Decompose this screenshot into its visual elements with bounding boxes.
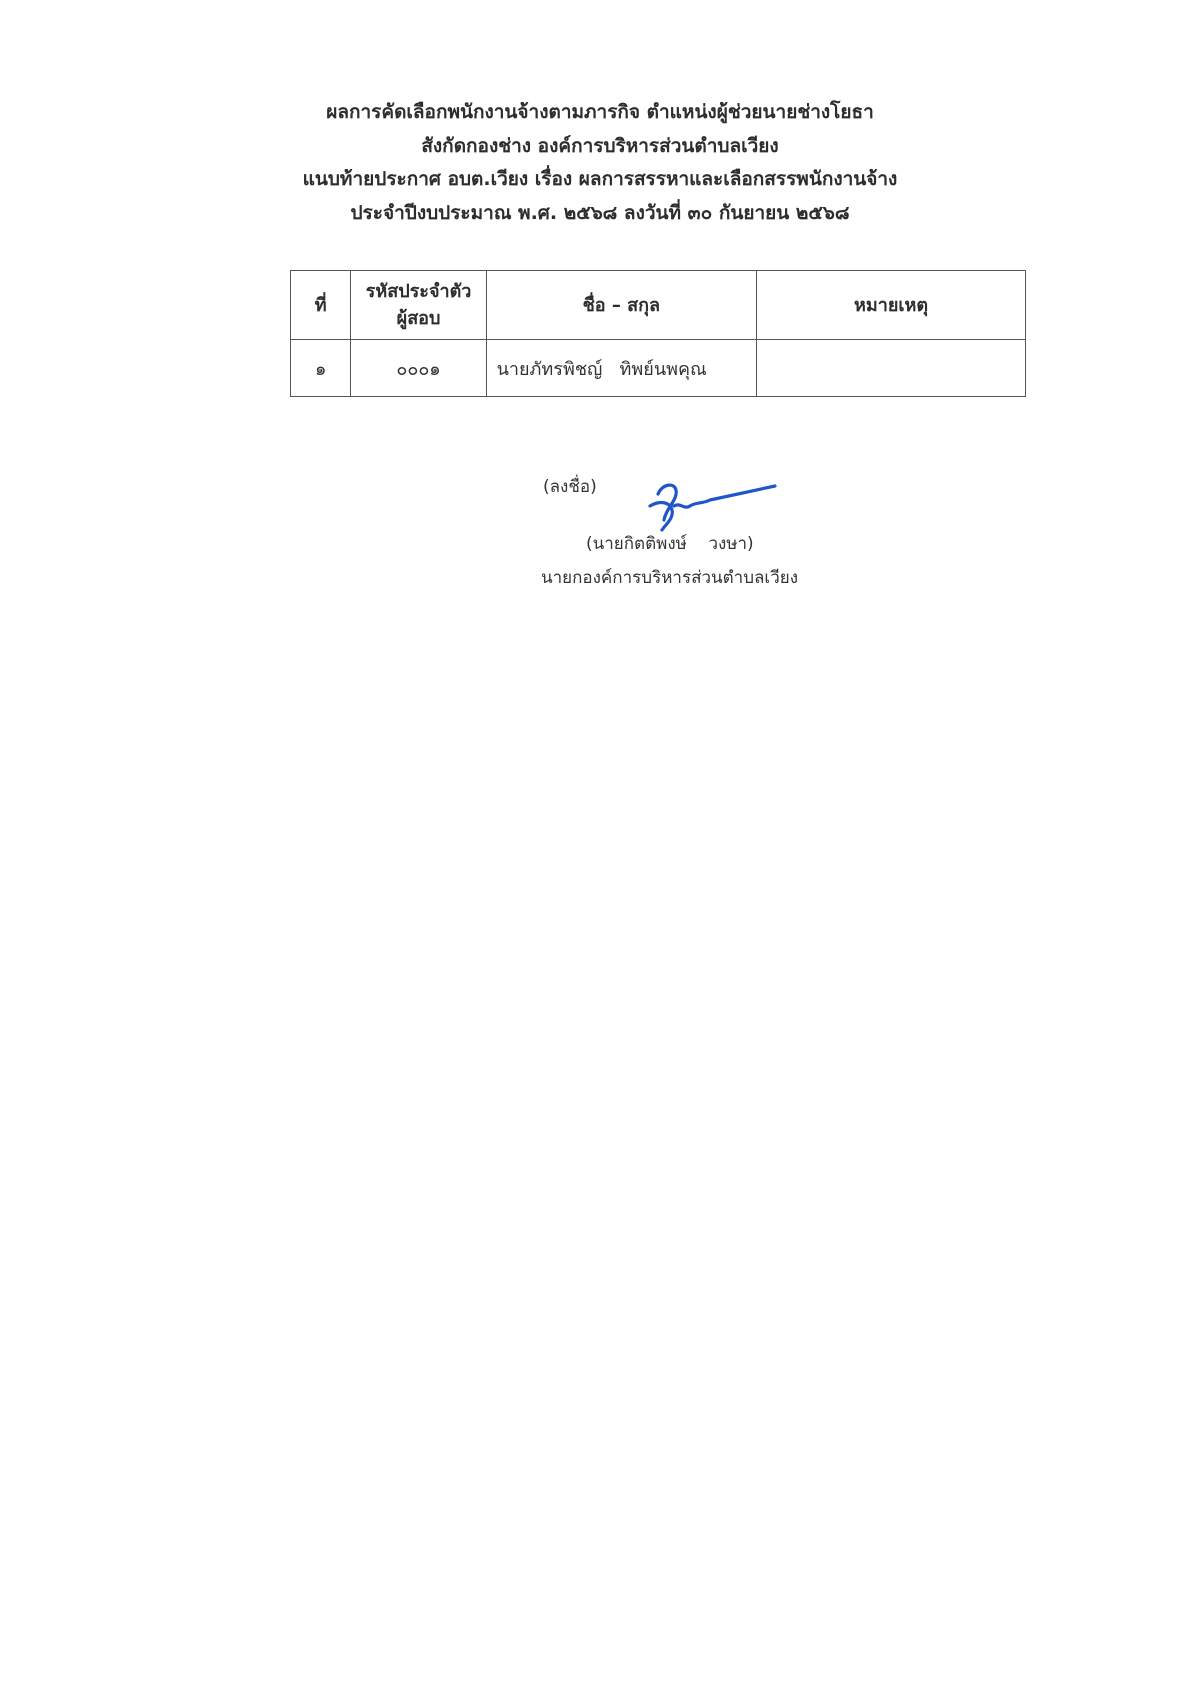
header-no: ที่	[291, 271, 351, 340]
document-title: ผลการคัดเลือกพนักงานจ้างตามภารกิจ ตำแหน่…	[0, 96, 1200, 230]
signer-position: นายกองค์การบริหารส่วนตำบลเวียง	[541, 564, 798, 591]
header-full-name: ชื่อ – สกุล	[486, 271, 756, 340]
signature-label: (ลงชื่อ)	[543, 473, 597, 500]
header-exam-code-line2: ผู้สอบ	[397, 308, 441, 329]
title-line-1: ผลการคัดเลือกพนักงานจ้างตามภารกิจ ตำแหน่…	[0, 96, 1200, 130]
title-line-4: ประจำปีงบประมาณ พ.ศ. ๒๕๖๘ ลงวันที่ ๓๐ กั…	[0, 197, 1200, 231]
header-remark: หมายเหตุ	[757, 271, 1026, 340]
title-line-2: สังกัดกองช่าง องค์การบริหารส่วนตำบลเวียง	[0, 130, 1200, 164]
table-row: ๑ ๐๐๐๑ นายภัทรพิชญ์ ทิพย์นพคุณ	[291, 340, 1026, 397]
header-exam-code-line1: รหัสประจำตัว	[366, 281, 472, 302]
title-line-3: แนบท้ายประกาศ อบต.เวียง เรื่อง ผลการสรรห…	[0, 163, 1200, 197]
cell-exam-code: ๐๐๐๑	[351, 340, 486, 397]
cell-remark	[757, 340, 1026, 397]
table-header-row: ที่ รหัสประจำตัว ผู้สอบ ชื่อ – สกุล หมาย…	[291, 271, 1026, 340]
results-table: ที่ รหัสประจำตัว ผู้สอบ ชื่อ – สกุล หมาย…	[290, 270, 1026, 397]
header-exam-code: รหัสประจำตัว ผู้สอบ	[351, 271, 486, 340]
signer-name: (นายกิตติพงษ์ วงษา)	[586, 530, 754, 557]
cell-no: ๑	[291, 340, 351, 397]
cell-full-name: นายภัทรพิชญ์ ทิพย์นพคุณ	[486, 340, 756, 397]
